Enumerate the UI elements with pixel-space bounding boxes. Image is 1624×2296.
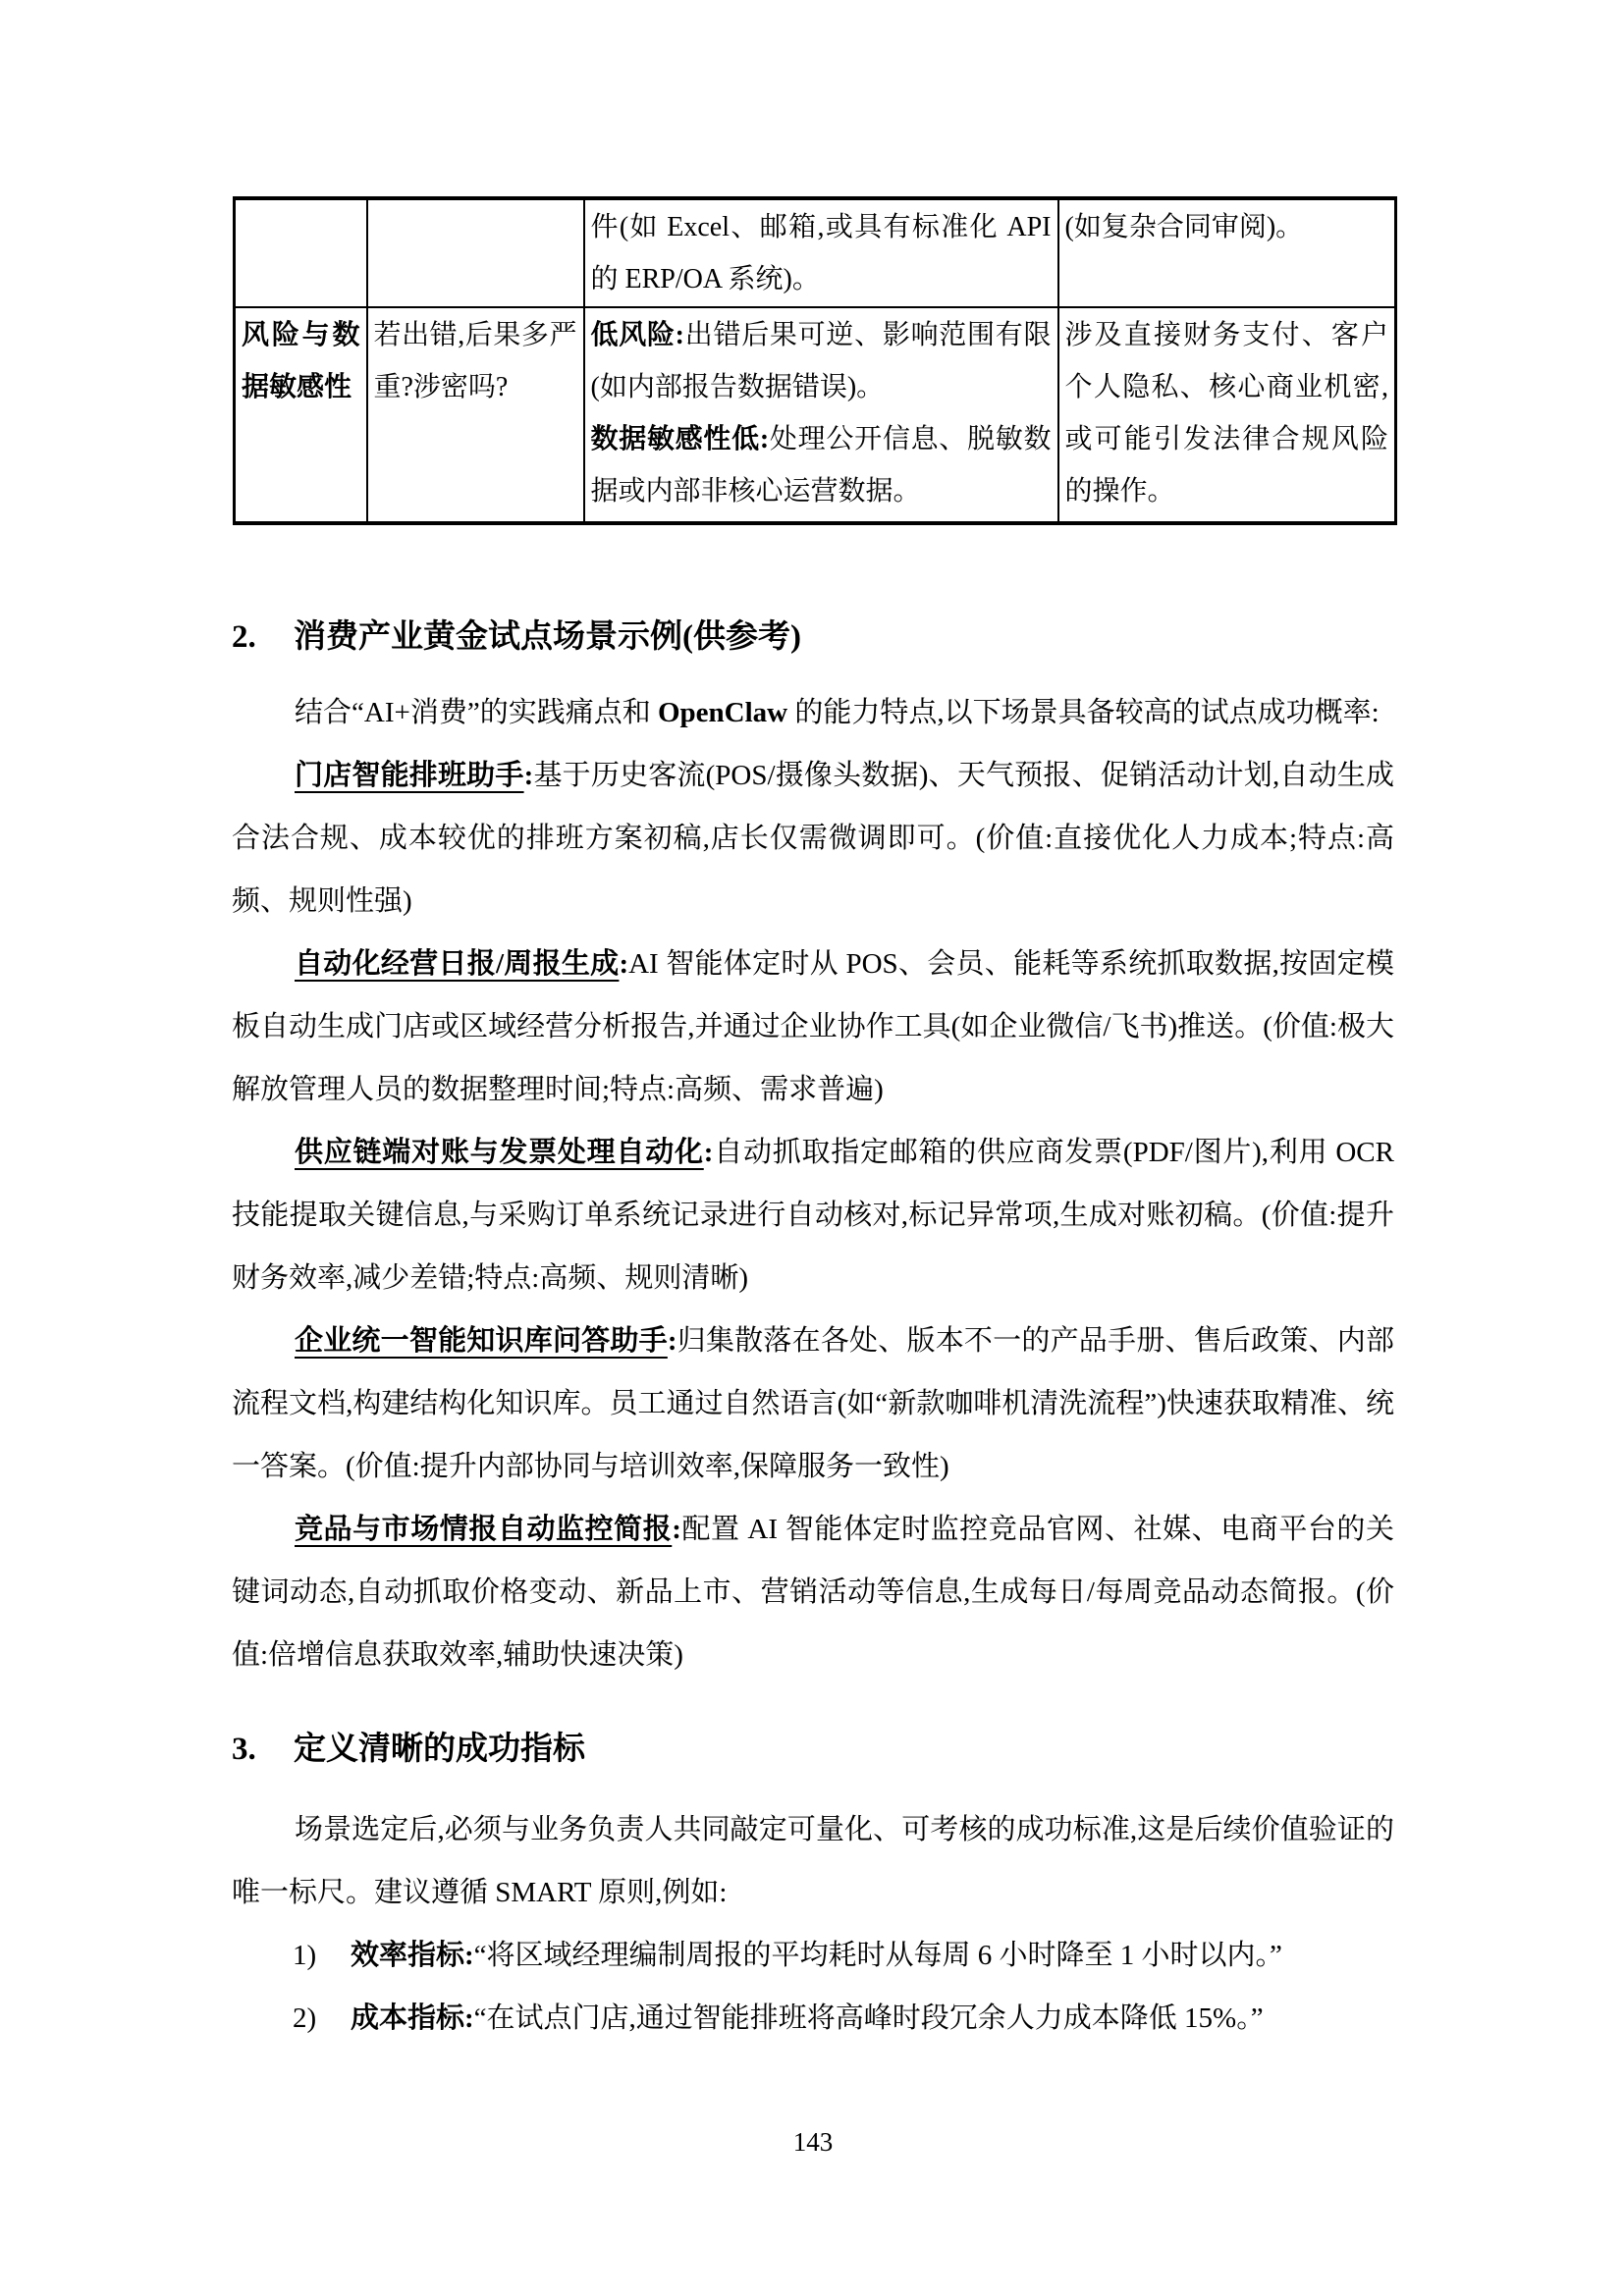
list-item-cost: 2)成本指标:“在试点门店,通过智能排班将高峰时段冗余人力成本降低 15%。” — [232, 1987, 1394, 2050]
data-sensitivity-label: 数据敏感性低: — [591, 424, 770, 454]
cell-text: (如复杂合同审阅)。 — [1065, 212, 1304, 242]
section-3-heading: 3.定义清晰的成功指标 — [232, 1718, 1394, 1781]
section-3-title: 定义清晰的成功指标 — [294, 1732, 585, 1767]
cell-suitable-tools: 件(如 Excel、邮箱,或具有标准化 API 的 ERP/OA 系统)。 — [584, 198, 1058, 307]
section-2-title: 消费产业黄金试点场景示例(供参考) — [294, 619, 801, 655]
page-content: 件(如 Excel、邮箱,或具有标准化 API 的 ERP/OA 系统)。 (如… — [232, 196, 1394, 2162]
list-item-label: 效率指标: — [351, 1940, 474, 1971]
scenario-title: 供应链端对账与发票处理自动化 — [295, 1137, 704, 1168]
cell-low-risk: 低风险:出错后果可逆、影响范围有限(如内部报告数据错误)。 数据敏感性低:处理公… — [584, 307, 1058, 523]
scenario-colon: : — [704, 1137, 714, 1168]
scenario-colon: : — [668, 1325, 677, 1357]
section-2-heading: 2.消费产业黄金试点场景示例(供参考) — [232, 606, 1394, 668]
document-page: 件(如 Excel、邮箱,或具有标准化 API 的 ERP/OA 系统)。 (如… — [0, 0, 1624, 2296]
table-row-risk: 风险与数据敏感性 若出错,后果多严重?涉密吗? 低风险:出错后果可逆、影响范围有… — [235, 307, 1396, 523]
cell-high-risk: 涉及直接财务支付、客户个人隐私、核心商业机密,或可能引发法律合规风险的操作。 — [1058, 307, 1396, 523]
cell-paragraph: 低风险:出错后果可逆、影响范围有限(如内部报告数据错误)。 — [591, 309, 1052, 413]
cell-text: 风险与数据敏感性 — [242, 320, 360, 402]
risk-table: 件(如 Excel、邮箱,或具有标准化 API 的 ERP/OA 系统)。 (如… — [233, 196, 1397, 525]
scenario-paragraph-reporting: 自动化经营日报/周报生成:AI 智能体定时从 POS、会员、能耗等系统抓取数据,… — [232, 933, 1394, 1121]
page-number: 143 — [232, 2122, 1394, 2162]
list-item-number: 1) — [293, 1924, 351, 1987]
cell-text: 若出错,后果多严重?涉密吗? — [374, 320, 577, 402]
cell-paragraph: 数据敏感性低:处理公开信息、脱敏数据或内部非核心运营数据。 — [591, 413, 1052, 517]
cell-row-header-risk: 风险与数据敏感性 — [235, 307, 367, 523]
cell-empty-2 — [367, 198, 584, 307]
cell-text: 涉及直接财务支付、客户个人隐私、核心商业机密,或可能引发法律合规风险的操作。 — [1065, 320, 1389, 507]
list-item-text: “将区域经理编制周报的平均耗时从每周 6 小时降至 1 小时以内。” — [474, 1940, 1282, 1971]
list-item-efficiency: 1)效率指标:“将区域经理编制周报的平均耗时从每周 6 小时降至 1 小时以内。… — [232, 1924, 1394, 1987]
cell-text: 件(如 Excel、邮箱,或具有标准化 API 的 ERP/OA 系统)。 — [591, 212, 1052, 294]
scenario-colon: : — [672, 1514, 681, 1545]
section-2-intro-paragraph: 结合“AI+消费”的实践痛点和 OpenClaw 的能力特点,以下场景具备较高的… — [232, 681, 1394, 744]
table-row-continuation: 件(如 Excel、邮箱,或具有标准化 API 的 ERP/OA 系统)。 (如… — [235, 198, 1396, 307]
scenario-colon: : — [524, 760, 534, 791]
scenario-title: 门店智能排班助手 — [295, 760, 524, 791]
section-3-number: 3. — [232, 1718, 294, 1781]
list-item-number: 2) — [293, 1987, 351, 2050]
list-item-label: 成本指标: — [351, 2002, 474, 2034]
cell-unsuitable-example: (如复杂合同审阅)。 — [1058, 198, 1396, 307]
scenario-paragraph-competitor-monitoring: 竞品与市场情报自动监控简报:配置 AI 智能体定时监控竞品官网、社媒、电商平台的… — [232, 1498, 1394, 1686]
low-risk-label: 低风险: — [591, 320, 685, 350]
scenario-title: 自动化经营日报/周报生成 — [295, 948, 619, 980]
scenario-title: 竞品与市场情报自动监控简报 — [295, 1514, 672, 1545]
scenario-paragraph-invoice: 供应链端对账与发票处理自动化:自动抓取指定邮箱的供应商发票(PDF/图片),利用… — [232, 1121, 1394, 1309]
list-item-text: “在试点门店,通过智能排班将高峰时段冗余人力成本降低 15%。” — [474, 2002, 1264, 2034]
scenario-paragraph-scheduling: 门店智能排班助手:基于历史客流(POS/摄像头数据)、天气预报、促销活动计划,自… — [232, 744, 1394, 933]
intro-bold-openclaw: OpenClaw — [658, 697, 787, 728]
cell-risk-question: 若出错,后果多严重?涉密吗? — [367, 307, 584, 523]
cell-empty-1 — [235, 198, 367, 307]
section-2-number: 2. — [232, 606, 294, 668]
intro-text-pre: 结合“AI+消费”的实践痛点和 — [295, 697, 658, 728]
intro-text-post: 的能力特点,以下场景具备较高的试点成功概率: — [787, 697, 1380, 728]
scenario-colon: : — [619, 948, 628, 980]
scenario-title: 企业统一智能知识库问答助手 — [295, 1325, 668, 1357]
scenario-paragraph-knowledge-base: 企业统一智能知识库问答助手:归集散落在各处、版本不一的产品手册、售后政策、内部流… — [232, 1309, 1394, 1498]
section-3-paragraph: 场景选定后,必须与业务负责人共同敲定可量化、可考核的成功标准,这是后续价值验证的… — [232, 1798, 1394, 1924]
